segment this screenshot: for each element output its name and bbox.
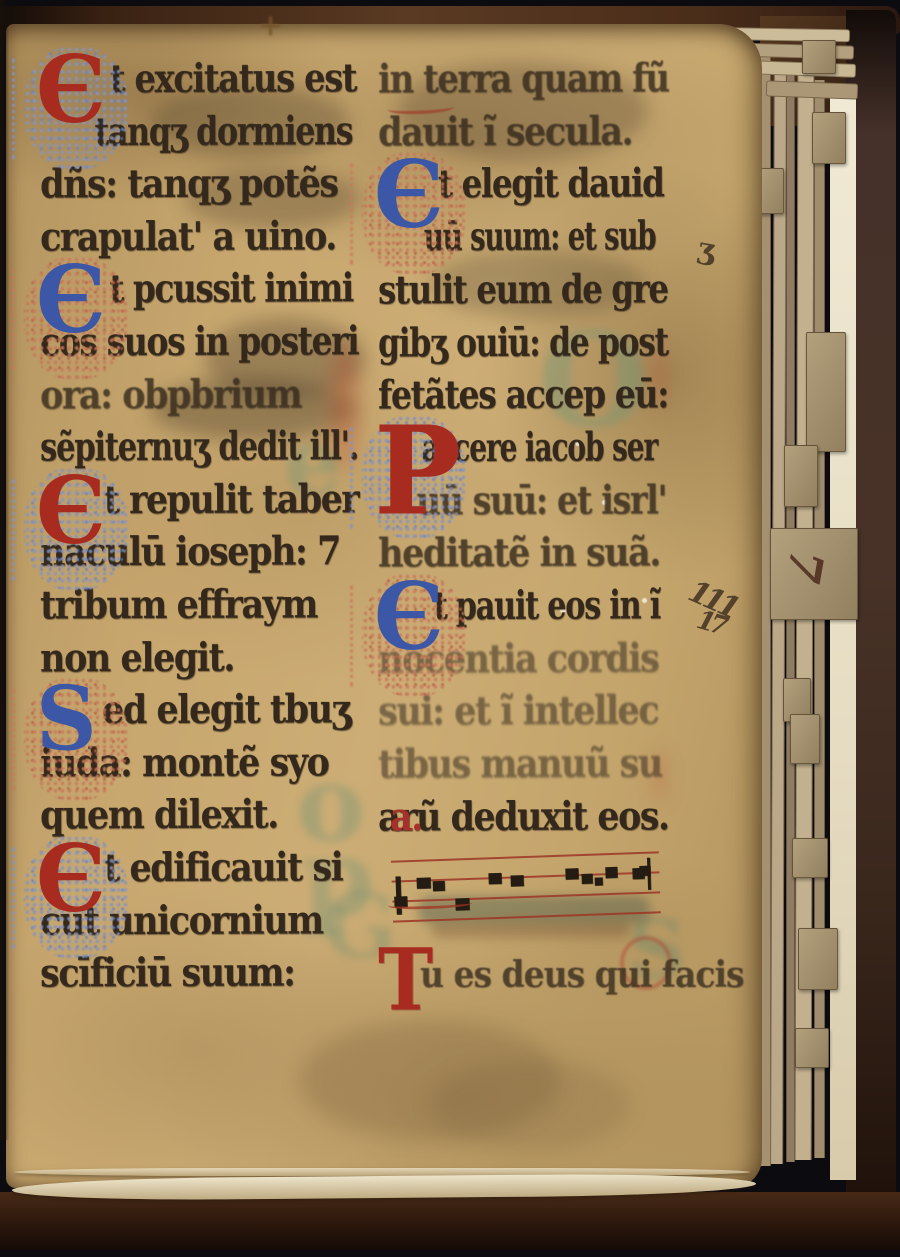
neume-note bbox=[433, 881, 445, 891]
index-tab bbox=[798, 928, 838, 990]
left-text-column: Єt excitatus esttanqʒ dormiensdñs: tanqʒ… bbox=[40, 60, 362, 1030]
neume-note bbox=[595, 877, 603, 885]
manuscript-photo: 7 OeopGS Єt excitatus esttanqʒ dormiensd… bbox=[0, 0, 900, 1257]
page-corner bbox=[766, 80, 859, 99]
neume-note bbox=[488, 873, 501, 884]
neume-note bbox=[581, 874, 592, 884]
backing-page bbox=[830, 92, 856, 1180]
stain bbox=[430, 1060, 630, 1150]
index-tab bbox=[806, 332, 846, 452]
index-tab bbox=[812, 112, 846, 164]
index-tab-marked: 7 bbox=[770, 528, 858, 620]
neume-note bbox=[605, 867, 617, 878]
top-margin-cross-mark: + bbox=[258, 8, 283, 43]
index-tab bbox=[790, 714, 820, 764]
staff-line bbox=[393, 911, 661, 922]
staff-line bbox=[391, 851, 659, 862]
neume-note bbox=[639, 866, 650, 876]
gutter-shadow-left bbox=[0, 0, 9, 1140]
neume-note bbox=[417, 877, 431, 888]
index-tab bbox=[795, 1028, 829, 1068]
binding-cover-bottom bbox=[0, 1192, 900, 1250]
neume-note bbox=[510, 875, 523, 886]
music-staff bbox=[391, 843, 662, 936]
tab-ink-mark: 7 bbox=[777, 540, 834, 592]
index-tab bbox=[802, 40, 836, 74]
index-tab bbox=[784, 445, 818, 507]
index-tab bbox=[792, 838, 828, 878]
chant-initial-T: T bbox=[378, 938, 433, 1023]
neume-note bbox=[565, 868, 578, 879]
chant-incipit-text: u es deus qui facis bbox=[420, 956, 744, 992]
right-text-column: in terra quam fũdauit ĩ secula.Єt elegit… bbox=[378, 60, 670, 860]
